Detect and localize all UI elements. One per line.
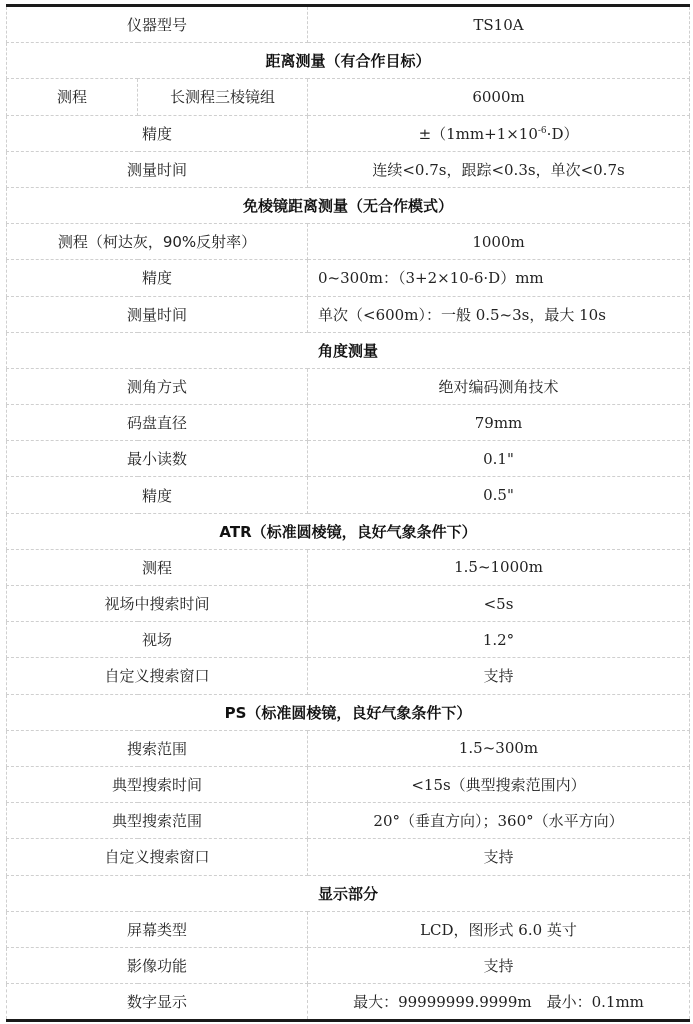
row-label: 码盘直径 — [7, 405, 308, 441]
table-row: 精度 ±（1mm+1×10-6·D） — [7, 115, 690, 151]
section-header: PS（标准圆棱镜，良好气象条件下） — [7, 694, 690, 730]
row-label: 自定义搜索窗口 — [7, 839, 308, 875]
row-value: 0~300m：（3+2×10-6·D）mm — [308, 260, 690, 296]
table-row: 视场中搜索时间 <5s — [7, 586, 690, 622]
row-label: 影像功能 — [7, 947, 308, 983]
row-label: 自定义搜索窗口 — [7, 658, 308, 694]
table-row: 测程 1.5~1000m — [7, 549, 690, 585]
row-label: 测量时间 — [7, 296, 308, 332]
table-row: 最小读数 0.1" — [7, 441, 690, 477]
value-exponent: -6 — [538, 126, 547, 136]
row-value: 支持 — [308, 658, 690, 694]
table-row: 自定义搜索窗口 支持 — [7, 839, 690, 875]
row-value: 1.2° — [308, 622, 690, 658]
table-row: 精度 0~300m：（3+2×10-6·D）mm — [7, 260, 690, 296]
row-value: 0.1" — [308, 441, 690, 477]
table-row: 自定义搜索窗口 支持 — [7, 658, 690, 694]
row-value: 0.5" — [308, 477, 690, 513]
row-value: 最大：99999999.9999m 最小：0.1mm — [308, 984, 690, 1021]
section-header: 免棱镜距离测量（无合作模式） — [7, 187, 690, 223]
row-label: 屏幕类型 — [7, 911, 308, 947]
value-text: ·D） — [547, 125, 579, 143]
row-value: <5s — [308, 586, 690, 622]
section-header: 角度测量 — [7, 332, 690, 368]
row-value: 1.5~1000m — [308, 549, 690, 585]
table-row: 码盘直径 79mm — [7, 405, 690, 441]
table-row: 典型搜索范围 20°（垂直方向）；360°（水平方向） — [7, 803, 690, 839]
row-sublabel: 长测程三棱镜组 — [138, 79, 308, 115]
table-row: 测角方式 绝对编码测角技术 — [7, 368, 690, 404]
row-label: 测程 — [7, 79, 138, 115]
spec-table: 仪器型号 TS10A 距离测量（有合作目标） 测程 长测程三棱镜组 6000m … — [6, 4, 690, 1022]
row-label: 精度 — [7, 115, 308, 151]
model-value: TS10A — [308, 6, 690, 43]
row-value: 绝对编码测角技术 — [308, 368, 690, 404]
row-value: <15s（典型搜索范围内） — [308, 766, 690, 802]
row-label: 最小读数 — [7, 441, 308, 477]
row-value: LCD，图形式 6.0 英寸 — [308, 911, 690, 947]
row-value: 20°（垂直方向）；360°（水平方向） — [308, 803, 690, 839]
section-header: 距离测量（有合作目标） — [7, 43, 690, 79]
table-row: 视场 1.2° — [7, 622, 690, 658]
row-label: 搜索范围 — [7, 730, 308, 766]
model-label: 仪器型号 — [7, 6, 308, 43]
row-value: 连续<0.7s，跟踪<0.3s，单次<0.7s — [308, 151, 690, 187]
row-label: 精度 — [7, 477, 308, 513]
row-value: 单次（<600m）：一般 0.5~3s，最大 10s — [308, 296, 690, 332]
row-value: ±（1mm+1×10-6·D） — [308, 115, 690, 151]
row-value: 支持 — [308, 839, 690, 875]
row-label: 典型搜索时间 — [7, 766, 308, 802]
row-label: 测程（柯达灰，90%反射率） — [7, 224, 308, 260]
value-text: ±（1mm+1×10 — [419, 125, 538, 143]
table-row: 影像功能 支持 — [7, 947, 690, 983]
row-value: 1.5~300m — [308, 730, 690, 766]
table-row: 测量时间 连续<0.7s，跟踪<0.3s，单次<0.7s — [7, 151, 690, 187]
row-label: 测量时间 — [7, 151, 308, 187]
row-value: 79mm — [308, 405, 690, 441]
table-row: 数字显示 最大：99999999.9999m 最小：0.1mm — [7, 984, 690, 1021]
table-row: 精度 0.5" — [7, 477, 690, 513]
row-label: 精度 — [7, 260, 308, 296]
table-row: 典型搜索时间 <15s（典型搜索范围内） — [7, 766, 690, 802]
row-label: 视场中搜索时间 — [7, 586, 308, 622]
table-row: 仪器型号 TS10A — [7, 6, 690, 43]
row-label: 视场 — [7, 622, 308, 658]
table-row: 搜索范围 1.5~300m — [7, 730, 690, 766]
row-label: 测角方式 — [7, 368, 308, 404]
row-label: 典型搜索范围 — [7, 803, 308, 839]
section-header: ATR（标准圆棱镜，良好气象条件下） — [7, 513, 690, 549]
row-label: 数字显示 — [7, 984, 308, 1021]
table-row: 屏幕类型 LCD，图形式 6.0 英寸 — [7, 911, 690, 947]
row-value: 6000m — [308, 79, 690, 115]
row-value: 1000m — [308, 224, 690, 260]
row-value: 支持 — [308, 947, 690, 983]
table-row: 测量时间 单次（<600m）：一般 0.5~3s，最大 10s — [7, 296, 690, 332]
row-label: 测程 — [7, 549, 308, 585]
section-header: 显示部分 — [7, 875, 690, 911]
table-row: 测程（柯达灰，90%反射率） 1000m — [7, 224, 690, 260]
table-row: 测程 长测程三棱镜组 6000m — [7, 79, 690, 115]
